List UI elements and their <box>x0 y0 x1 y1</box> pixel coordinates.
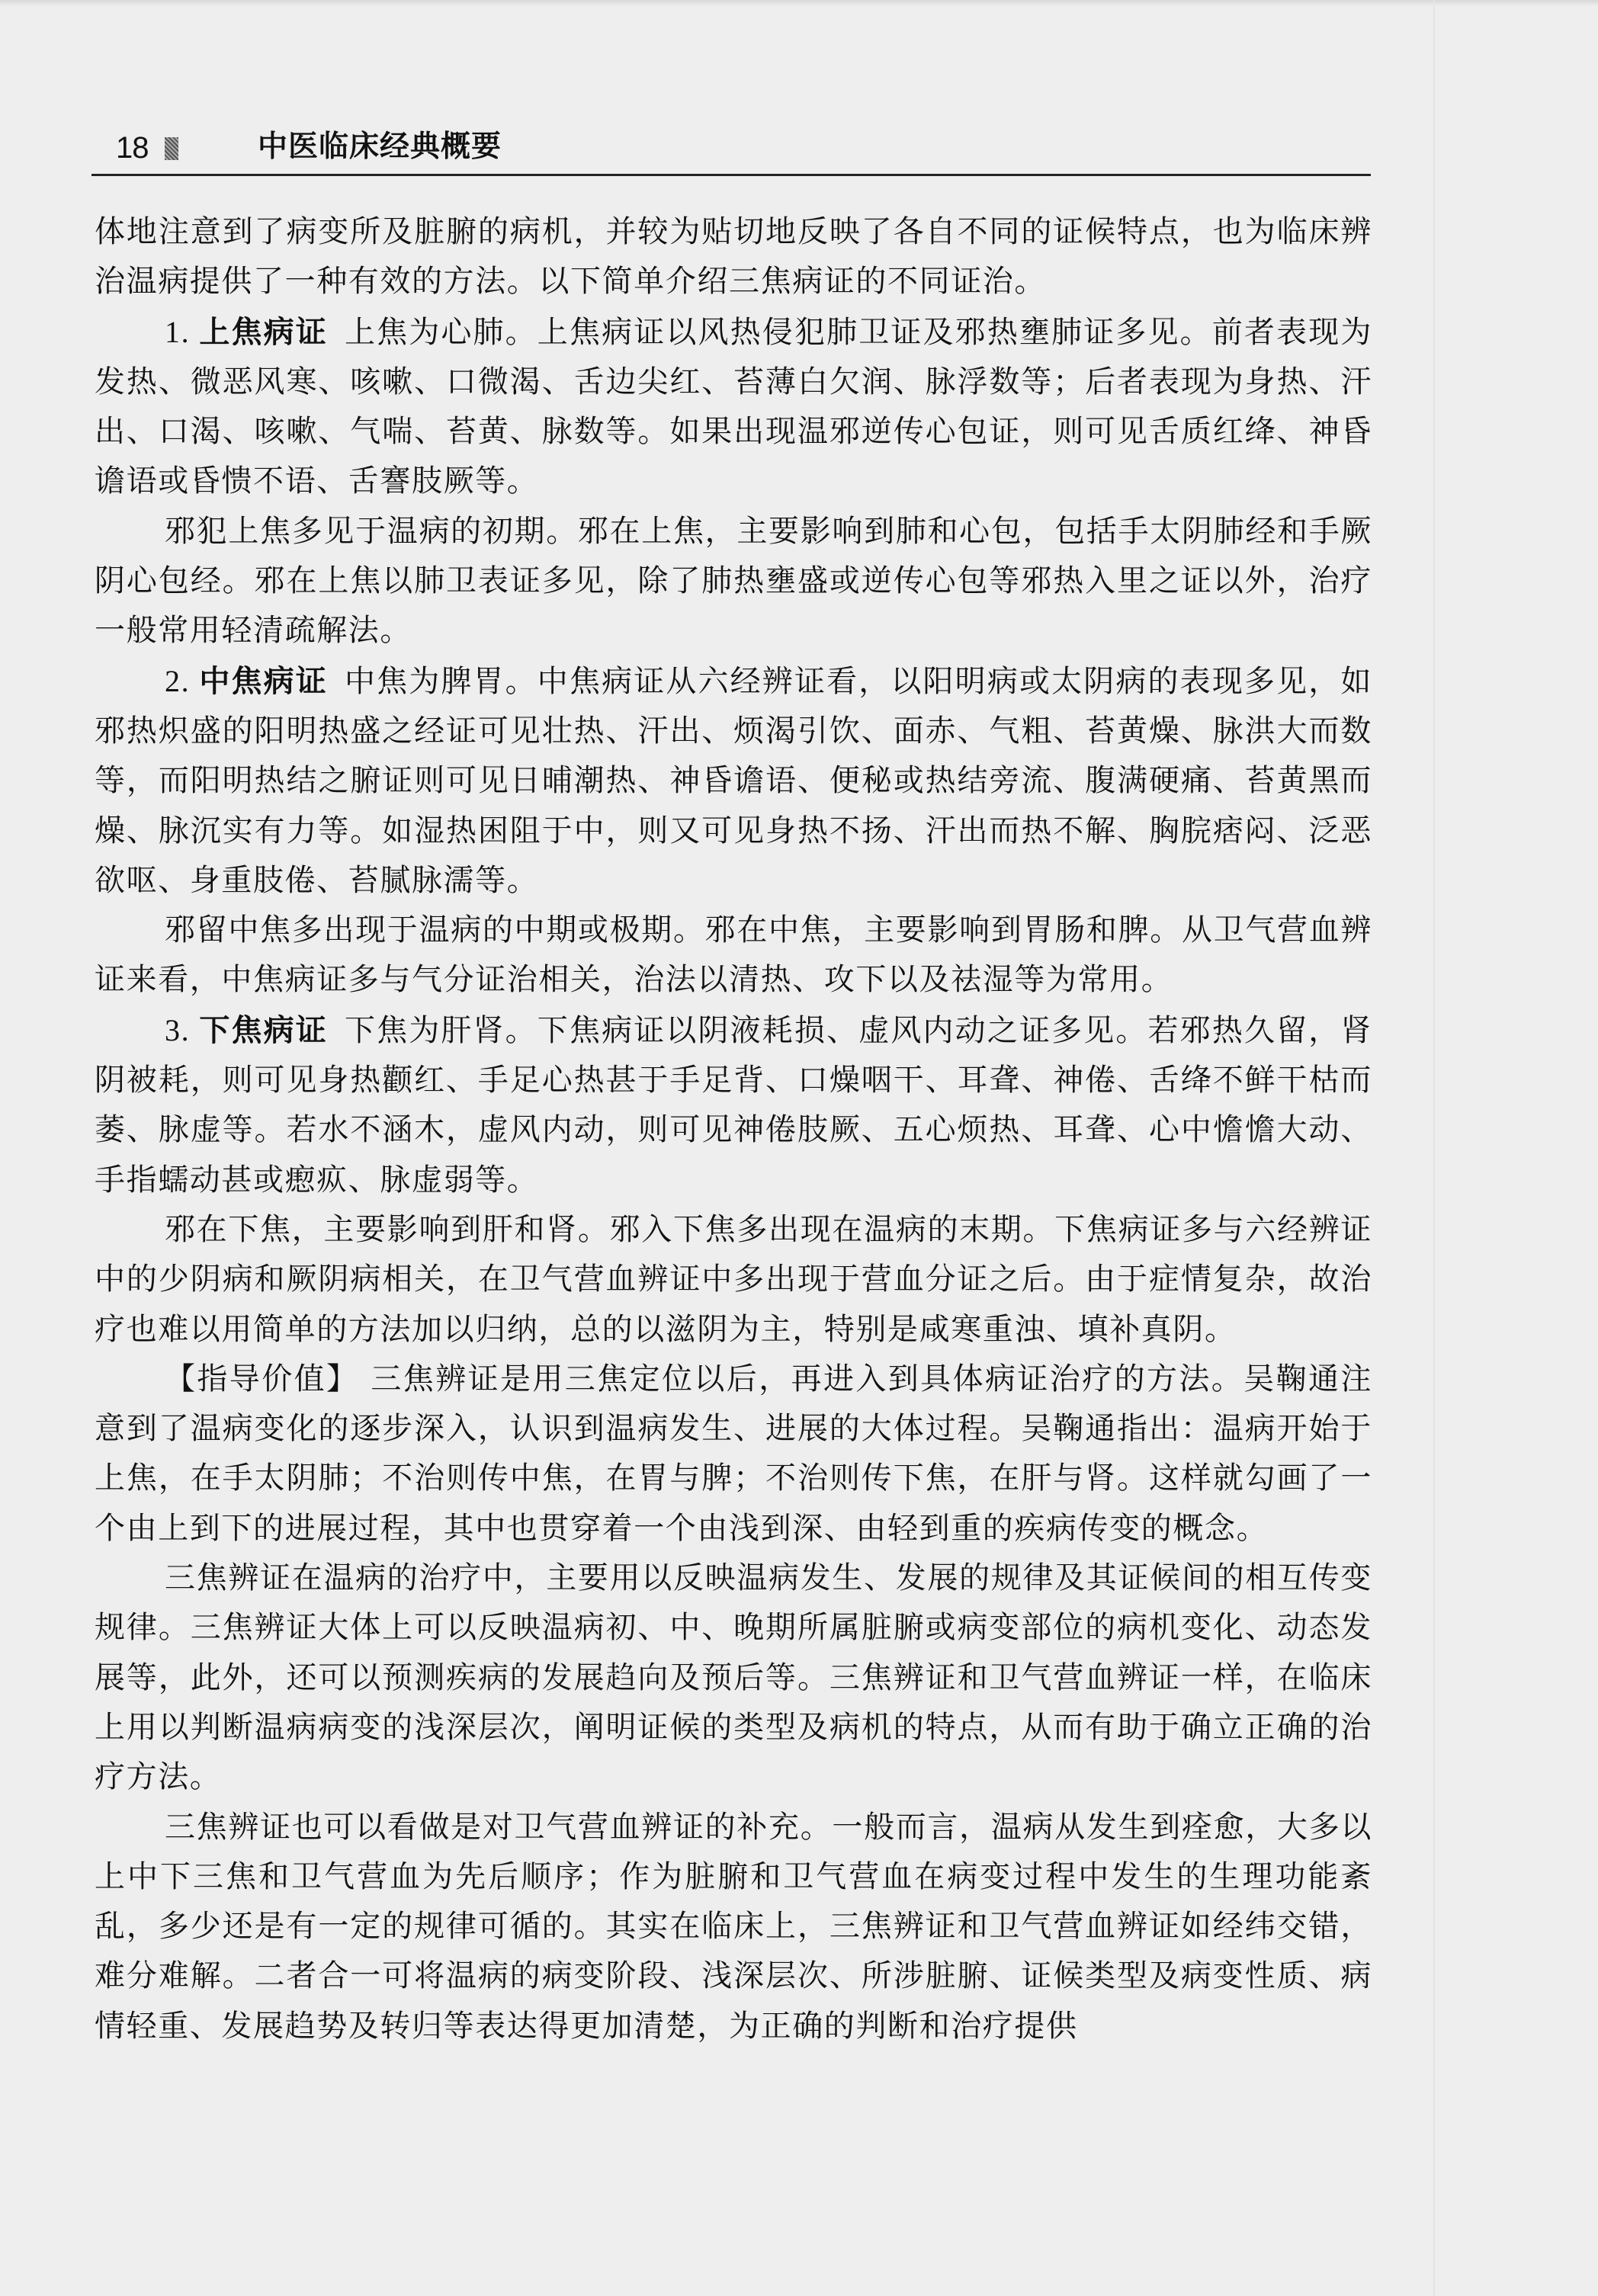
paragraph-lower-jiao-notes: 邪在下焦，主要影响到肝和肾。邪入下焦多出现在温病的末期。下焦病证多与六经辨证中的… <box>95 1205 1372 1355</box>
section-title: 中焦病证 <box>199 664 328 699</box>
section-lower-jiao: 3. 下焦病证下焦为肝肾。下焦病证以阴液耗损、虚风内动之证多见。若邪热久留，肾阴… <box>95 1005 1372 1205</box>
section-title: 下焦病证 <box>199 1013 328 1048</box>
paragraph-middle-jiao-notes: 邪留中焦多出现于温病的中期或极期。邪在中焦，主要影响到胃肠和脾。从卫气营血辨证来… <box>95 906 1372 1005</box>
section-title: 上焦病证 <box>199 315 328 350</box>
running-header: 18 中医临床经典概要 <box>91 127 1371 176</box>
section-middle-jiao: 2. 中焦病证中焦为脾胃。中焦病证从六经辨证看，以阳明病或太阴病的表现多见，如邪… <box>95 656 1372 906</box>
paragraph-text: 邪在下焦，主要影响到肝和肾。邪入下焦多出现在温病的末期。下焦病证多与六经辨证中的… <box>95 1212 1372 1347</box>
page-body: 体地注意到了病变所及脏腑的病机，并较为贴切地反映了各自不同的证候特点，也为临床辨… <box>95 207 1372 2051</box>
paragraph-text: 邪留中焦多出现于温病的中期或极期。邪在中焦，主要影响到胃肠和脾。从卫气营血辨证来… <box>95 912 1372 997</box>
page-number: 18 <box>116 130 149 166</box>
paragraph-intro-continued: 体地注意到了病变所及脏腑的病机，并较为贴切地反映了各自不同的证候特点，也为临床辨… <box>95 207 1372 307</box>
book-title: 中医临床经典概要 <box>258 128 502 166</box>
paragraph-text: 三焦辨证在温病的治疗中，主要用以反映温病发生、发展的规律及其证候间的相互传变规律… <box>95 1560 1372 1794</box>
paragraph-upper-jiao-notes: 邪犯上焦多见于温病的初期。邪在上焦，主要影响到肺和心包，包括手太阴肺经和手厥阴心… <box>95 507 1372 656</box>
guiding-value-label: 【指导价值】 <box>165 1361 358 1397</box>
paragraph-text: 邪犯上焦多见于温病的初期。邪在上焦，主要影响到肺和心包，包括手太阴肺经和手厥阴心… <box>95 514 1372 649</box>
page-fold-line <box>1433 0 1435 2296</box>
paragraph-sanjiao-supplement: 三焦辨证也可以看做是对卫气营血辨证的补充。一般而言，温病从发生到痊愈，大多以上中… <box>95 1803 1372 2051</box>
header-square-mark-icon <box>165 137 178 160</box>
paragraph-text: 体地注意到了病变所及脏腑的病机，并较为贴切地反映了各自不同的证候特点，也为临床辨… <box>95 214 1372 299</box>
page-top-edge <box>0 0 1598 6</box>
section-number: 1. <box>165 315 199 349</box>
section-upper-jiao: 1. 上焦病证上焦为心肺。上焦病证以风热侵犯肺卫证及邪热壅肺证多见。前者表现为发… <box>95 307 1372 507</box>
section-number: 3. <box>165 1013 199 1047</box>
paragraph-guiding-value: 【指导价值】三焦辨证是用三焦定位以后，再进入到具体病证治疗的方法。吴鞠通注意到了… <box>95 1355 1372 1554</box>
paragraph-text: 三焦辨证也可以看做是对卫气营血辨证的补充。一般而言，温病从发生到痊愈，大多以上中… <box>95 1810 1372 2044</box>
paragraph-sanjiao-in-treatment: 三焦辨证在温病的治疗中，主要用以反映温病发生、发展的规律及其证候间的相互传变规律… <box>95 1554 1372 1802</box>
section-number: 2. <box>165 664 199 698</box>
